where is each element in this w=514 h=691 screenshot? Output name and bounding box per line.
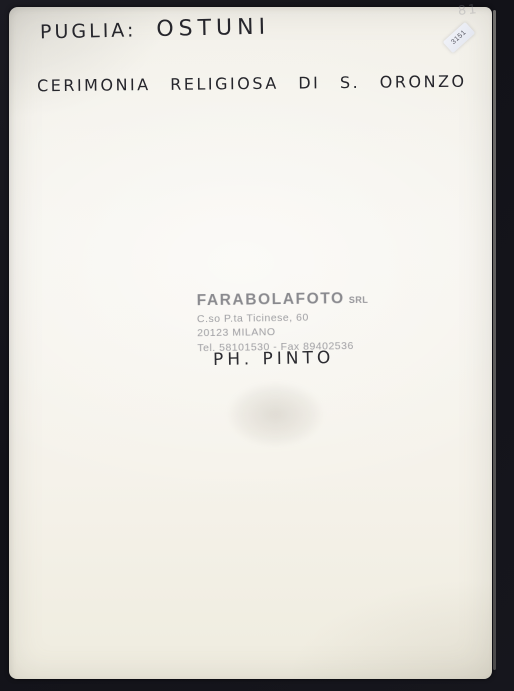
- scan-background: 81 3151 PUGLIA:OSTUNI CERIMONIA RELIGIOS…: [0, 0, 514, 691]
- stamp-company-suffix: SRL: [349, 295, 369, 305]
- stamp-address: C.so P.ta Ticinese, 60: [197, 310, 369, 324]
- paper-edge-highlight: [493, 10, 496, 670]
- stamp-city: 20123 MILANO: [197, 325, 369, 339]
- region-label: PUGLIA:: [40, 19, 137, 43]
- handwritten-title-line: PUGLIA:OSTUNI: [40, 15, 271, 45]
- stamp-company-line: FARABOLAFOTOSRL: [197, 290, 369, 310]
- stamp-company-name: FARABOLAFOTO: [197, 290, 345, 309]
- photographer-credit: PH. PINTO: [213, 348, 335, 370]
- faint-pencil-mark: 81: [457, 2, 479, 19]
- paper-smudge: [218, 372, 333, 457]
- town-label: OSTUNI: [156, 15, 270, 42]
- agency-stamp: FARABOLAFOTOSRL C.so P.ta Ticinese, 60 2…: [197, 290, 369, 354]
